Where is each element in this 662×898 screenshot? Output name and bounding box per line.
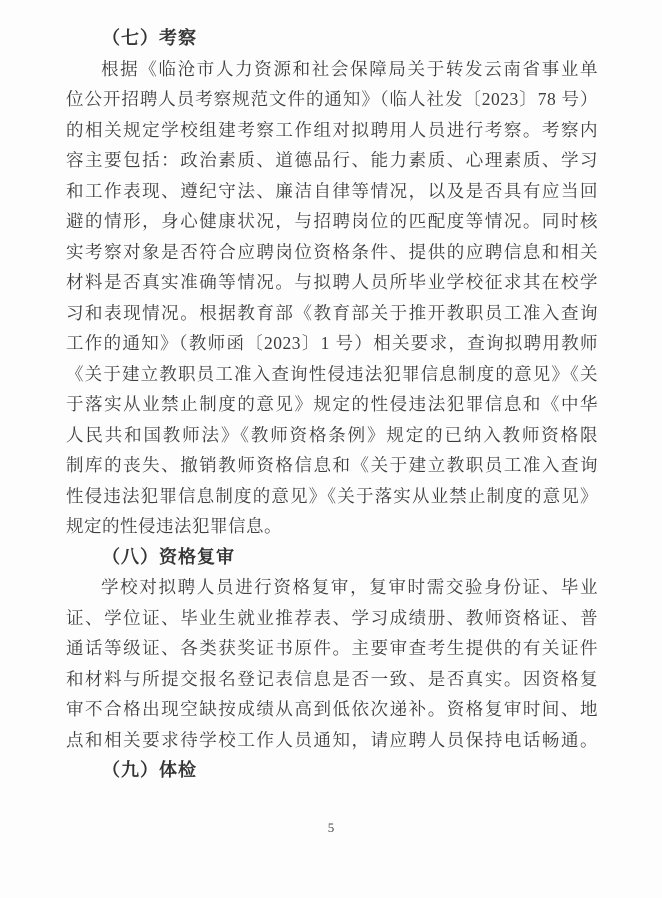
text-line: 和材料与所提交报名登记表信息是否一致、是否真实。因资格复 [66, 664, 598, 695]
text-line: 通话等级证、各类获奖证书原件。主要审查考生提供的有关证件 [66, 633, 598, 664]
text-line: 的相关规定学校组建考察工作组对拟聘用人员进行考察。考察内 [66, 115, 598, 146]
text-line: 根据《临沧市人力资源和社会保障局关于转发云南省事业单 [66, 54, 598, 85]
text-line: 学校对拟聘人员进行资格复审，复审时需交验身份证、毕业 [66, 572, 598, 603]
text-line: 于落实从业禁止制度的意见》规定的性侵违法犯罪信息和《中华 [66, 389, 598, 420]
text-line: 性侵违法犯罪信息制度的意见》《关于落实从业禁止制度的意见》 [66, 481, 598, 512]
text-line: 实考察对象是否符合应聘岗位资格条件、提供的应聘信息和相关 [66, 237, 598, 268]
text-line: 制库的丧失、撤销教师资格信息和《关于建立教职员工准入查询 [66, 450, 598, 481]
text-line: 习和表现情况。根据教育部《教育部关于推开教职员工准入查询 [66, 298, 598, 329]
text-line: 容主要包括：政治素质、道德品行、能力素质、心理素质、学习 [66, 145, 598, 176]
document-page: （七）考察根据《临沧市人力资源和社会保障局关于转发云南省事业单位公开招聘人员考察… [0, 0, 662, 898]
section-heading: （八）资格复审 [66, 542, 598, 573]
text-line: 人民共和国教师法》《教师资格条例》规定的已纳入教师资格限 [66, 420, 598, 451]
text-line: 位公开招聘人员考察规范文件的通知》（临人社发〔2023〕78 号） [66, 84, 598, 115]
text-line: 审不合格出现空缺按成绩从高到低依次递补。资格复审时间、地 [66, 694, 598, 725]
text-line: 证、学位证、毕业生就业推荐表、学习成绩册、教师资格证、普 [66, 603, 598, 634]
text-line: 避的情形，身心健康状况，与招聘岗位的匹配度等情况。同时核 [66, 206, 598, 237]
document-body: （七）考察根据《临沧市人力资源和社会保障局关于转发云南省事业单位公开招聘人员考察… [66, 23, 598, 786]
text-line: 规定的性侵违法犯罪信息。 [66, 511, 598, 542]
text-line: 材料是否真实准确等情况。与拟聘人员所毕业学校征求其在校学 [66, 267, 598, 298]
text-line: 点和相关要求待学校工作人员通知，请应聘人员保持电话畅通。 [66, 725, 598, 756]
section-heading: （九）体检 [66, 755, 598, 786]
text-line: 和工作表现、遵纪守法、廉洁自律等情况，以及是否具有应当回 [66, 176, 598, 207]
page-number: 5 [0, 820, 662, 836]
section-heading: （七）考察 [66, 23, 598, 54]
text-line: 工作的通知》（教师函〔2023〕1 号）相关要求，查询拟聘用教师 [66, 328, 598, 359]
text-line: 《关于建立教职员工准入查询性侵违法犯罪信息制度的意见》《关 [66, 359, 598, 390]
